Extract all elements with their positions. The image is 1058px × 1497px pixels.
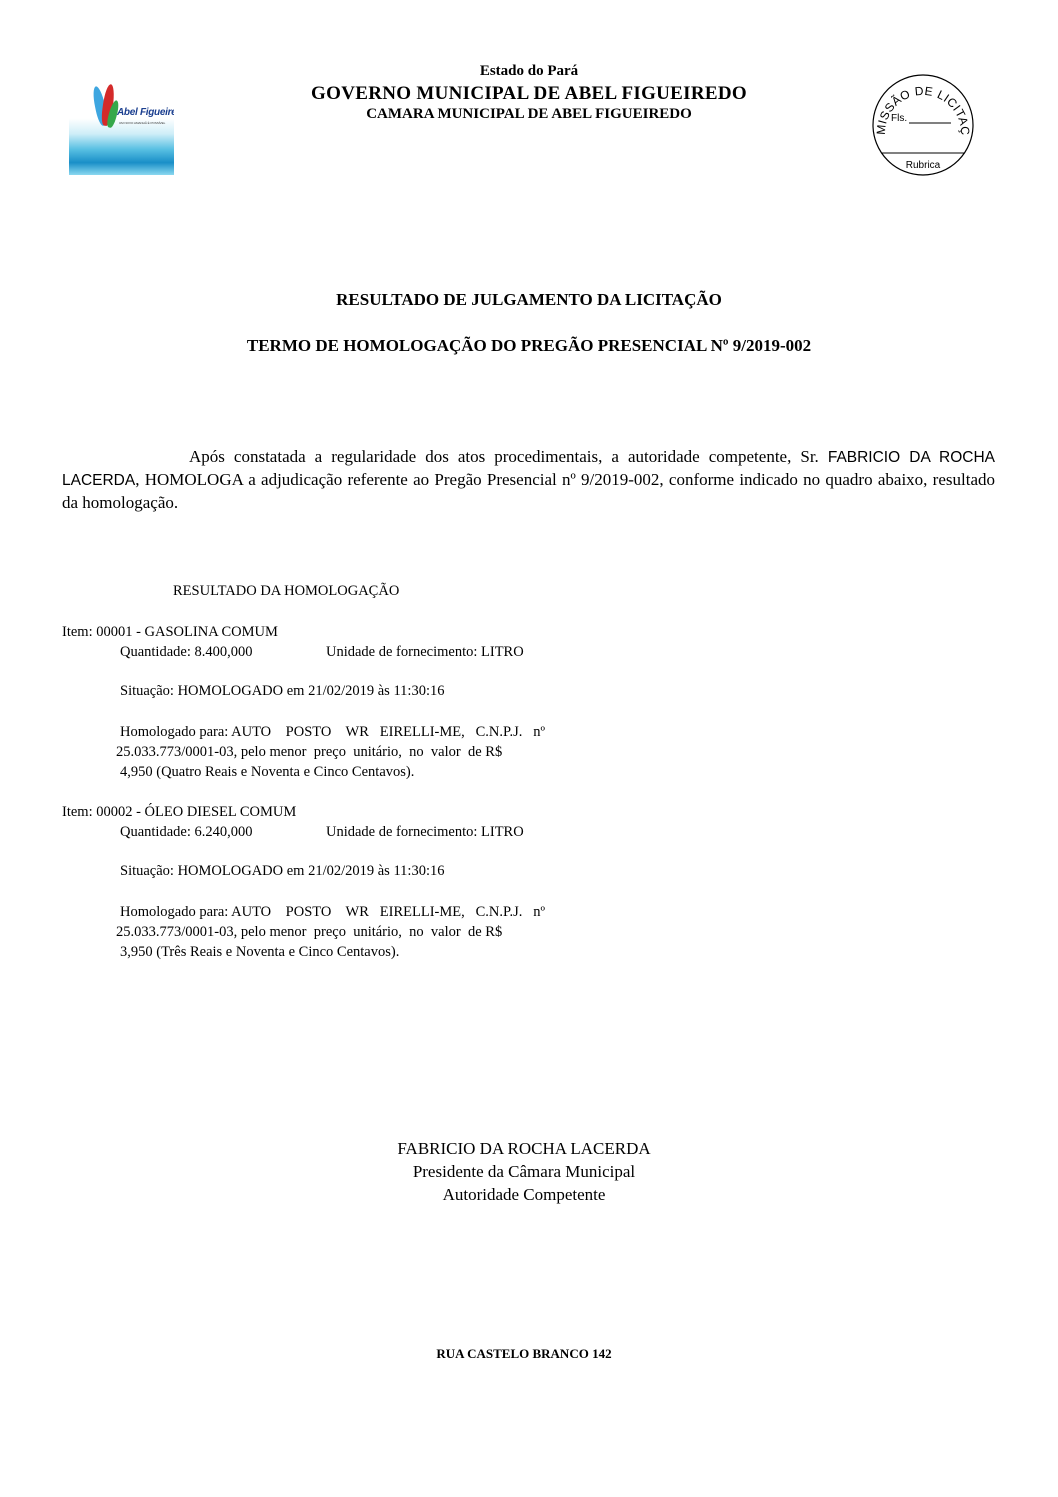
item-1-awarded-line3: 4,950 (Quatro Reais e Noventa e Cinco Ce…: [120, 764, 414, 781]
item-1-title: Item: 00001 - GASOLINA COMUM: [62, 624, 278, 641]
item-1-awarded-line1: Homologado para: AUTO POSTO WR EIRELLI-M…: [120, 724, 545, 741]
item-2-awarded-line2: 25.033.773/0001-03, pelo menor preço uni…: [116, 924, 502, 941]
item-1-awarded-line2: 25.033.773/0001-03, pelo menor preço uni…: [116, 744, 502, 761]
intro-part2: , HOMOLOGA a adjudicação referente ao Pr…: [62, 470, 995, 512]
commission-stamp-icon: COMISSÃO DE LICITAÇÃO Fls. Rubrica: [871, 73, 975, 177]
signature-title: Autoridade Competente: [0, 1185, 1048, 1205]
item-1-quantity: Quantidade: 8.400,000: [120, 644, 253, 661]
stamp-fls-label: Fls.: [891, 113, 907, 124]
intro-part1: Após constatada a regularidade dos atos …: [189, 447, 828, 466]
item-1-unit: Unidade de fornecimento: LITRO: [326, 644, 524, 661]
intro-paragraph: Após constatada a regularidade dos atos …: [62, 446, 995, 514]
item-2-title: Item: 00002 - ÓLEO DIESEL COMUM: [62, 804, 296, 821]
signature-name: FABRICIO DA ROCHA LACERDA: [0, 1139, 1048, 1159]
item-2-unit: Unidade de fornecimento: LITRO: [326, 824, 524, 841]
item-2-quantity: Quantidade: 6.240,000: [120, 824, 253, 841]
item-2-status: Situação: HOMOLOGADO em 21/02/2019 às 11…: [120, 863, 444, 880]
document-subtitle: TERMO DE HOMOLOGAÇÃO DO PREGÃO PRESENCIA…: [0, 336, 1058, 356]
item-2-awarded-line3: 3,950 (Três Reais e Noventa e Cinco Cent…: [120, 944, 399, 961]
stamp-rubrica-label: Rubrica: [906, 160, 941, 171]
item-1-status: Situação: HOMOLOGADO em 21/02/2019 às 11…: [120, 683, 444, 700]
item-2-awarded-line1: Homologado para: AUTO POSTO WR EIRELLI-M…: [120, 904, 545, 921]
svg-text:COMISSÃO DE LICITAÇÃO: COMISSÃO DE LICITAÇÃO: [871, 73, 972, 136]
document-title: RESULTADO DE JULGAMENTO DA LICITAÇÃO: [0, 290, 1058, 310]
result-section-title: RESULTADO DA HOMOLOGAÇÃO: [173, 583, 399, 600]
stamp-ring-text: COMISSÃO DE LICITAÇÃO: [871, 73, 972, 136]
footer-address: RUA CASTELO BRANCO 142: [0, 1346, 1048, 1362]
signature-role: Presidente da Câmara Municipal: [0, 1162, 1048, 1182]
